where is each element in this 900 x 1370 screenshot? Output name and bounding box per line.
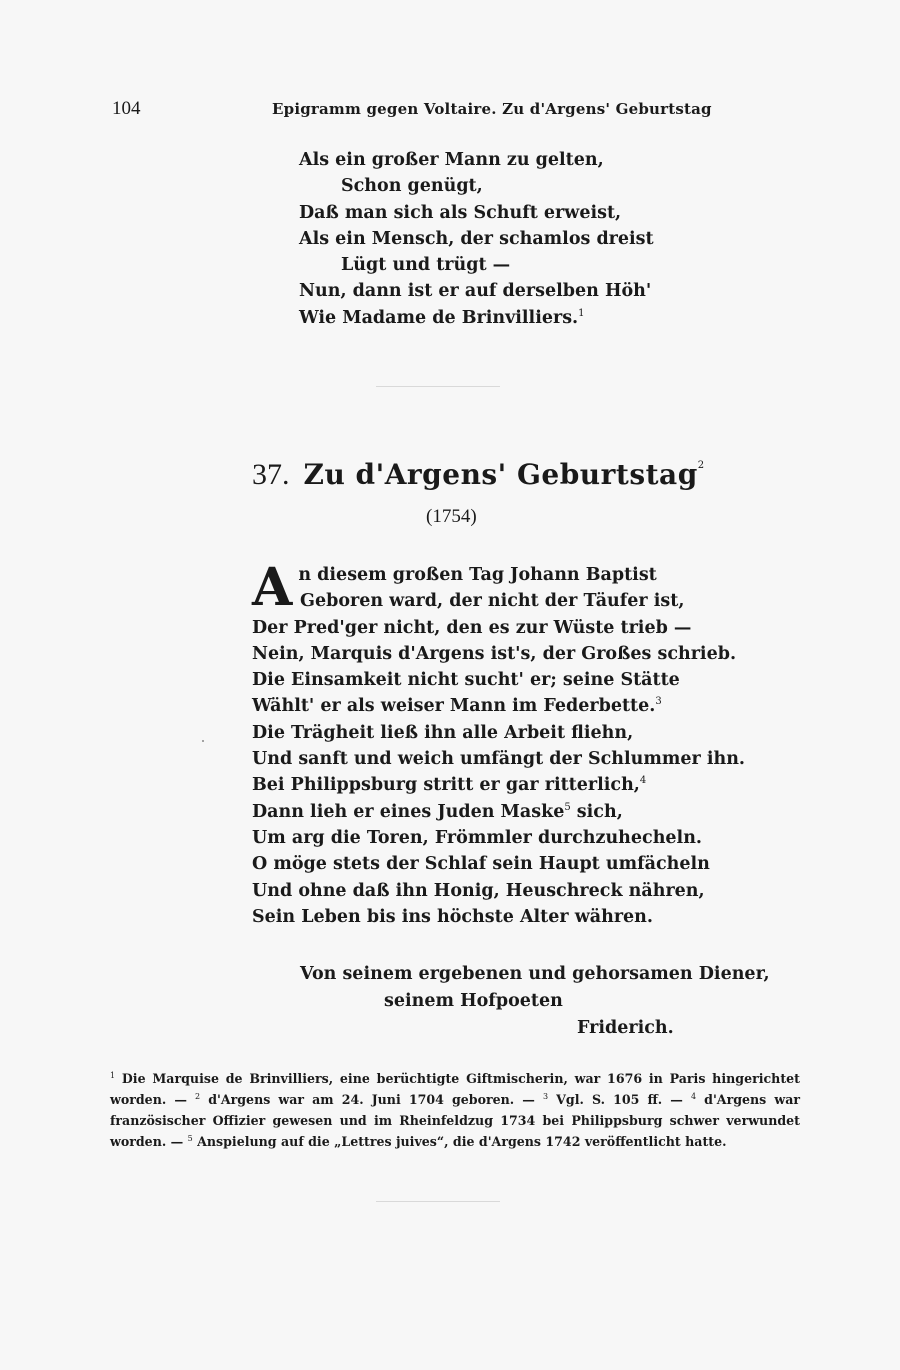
verse-text: Lügt und trügt — bbox=[341, 255, 510, 275]
footnote-marker[interactable]: 4 bbox=[640, 775, 646, 786]
verse-text: Nein, Marquis d'Argens ist's, der Großes… bbox=[252, 644, 736, 664]
footnotes: 1 Die Marquise de Brinvilliers, eine ber… bbox=[110, 1068, 800, 1152]
footnote-marker[interactable]: 1 bbox=[578, 308, 584, 319]
verse-text: Und sanft und weich umfängt der Schlumme… bbox=[252, 749, 745, 769]
birthday-poem: A n diesem großen Tag Johann Baptist Geb… bbox=[252, 562, 745, 930]
verse-text: Die Einsamkeit nicht sucht' er; seine St… bbox=[252, 670, 680, 690]
verse-text: O möge stets der Schlaf sein Haupt umfäc… bbox=[252, 854, 710, 874]
verse-text: Und ohne daß ihn Honig, Heuschreck nähre… bbox=[252, 881, 705, 901]
verse-line: Sein Leben bis ins höchste Alter währen. bbox=[252, 904, 745, 930]
verse-text: Um arg die Toren, Frömmler durchzuhechel… bbox=[252, 828, 702, 848]
verse-text: Schon genügt, bbox=[341, 176, 483, 196]
verse-line: Und sanft und weich umfängt der Schlumme… bbox=[252, 746, 745, 772]
verse-text: Wählt' er als weiser Mann im Federbette. bbox=[252, 696, 655, 716]
running-title: Epigramm gegen Voltaire. Zu d'Argens' Ge… bbox=[272, 100, 712, 118]
verse-line: Daß man sich als Schuft erweist, bbox=[299, 200, 654, 226]
verse-line: Die Trägheit ließ ihn alle Arbeit fliehn… bbox=[252, 720, 745, 746]
page-number: 104 bbox=[112, 98, 141, 120]
drop-cap: A bbox=[252, 564, 292, 614]
verse-line: O möge stets der Schlaf sein Haupt umfäc… bbox=[252, 851, 745, 877]
verse-line: Wählt' er als weiser Mann im Federbette.… bbox=[252, 693, 745, 719]
epigram-poem: Als ein großer Mann zu gelten, Schon gen… bbox=[299, 147, 654, 331]
verse-text: Daß man sich als Schuft erweist, bbox=[299, 203, 621, 223]
verse-text: Sein Leben bis ins höchste Alter währen. bbox=[252, 907, 653, 927]
verse-text: Wie Madame de Brinvilliers. bbox=[299, 308, 578, 328]
verse-text: Der Pred'ger nicht, den es zur Wüste tri… bbox=[252, 618, 691, 638]
verse-line: Als ein großer Mann zu gelten, bbox=[299, 147, 654, 173]
poem-number: 37. bbox=[252, 458, 290, 491]
footnote-text: d'Argens war am 24. Juni 1704 geboren. — bbox=[208, 1092, 543, 1107]
verse-text: Als ein großer Mann zu gelten, bbox=[299, 150, 604, 170]
footnote: 5 Anspielung auf die „Lettres juives“, d… bbox=[188, 1134, 727, 1149]
verse-line: Nun, dann ist er auf derselben Höh' bbox=[299, 278, 654, 304]
verse-text: Als ein Mensch, der schamlos dreist bbox=[299, 229, 654, 249]
running-head: 104 Epigramm gegen Voltaire. Zu d'Argens… bbox=[0, 98, 900, 126]
closing-title: seinem Hofpoeten bbox=[384, 991, 563, 1011]
footnote-number: 4 bbox=[691, 1092, 696, 1101]
section-divider bbox=[376, 386, 500, 387]
footnote-number: 1 bbox=[110, 1071, 115, 1080]
footnote-number: 3 bbox=[543, 1092, 548, 1101]
poem-title: 37.Zu d'Argens' Geburtstag2 bbox=[252, 458, 704, 492]
footnote-number: 5 bbox=[188, 1134, 193, 1143]
footnote-text: Anspielung auf die „Lettres juives“, die… bbox=[197, 1134, 726, 1149]
verse-text: n diesem großen Tag Johann Baptist bbox=[298, 565, 656, 585]
verse-text: Geboren ward, der nicht der Täufer ist, bbox=[300, 591, 684, 611]
verse-text: sich, bbox=[571, 802, 623, 822]
footnote: 2 d'Argens war am 24. Juni 1704 geboren.… bbox=[195, 1092, 543, 1107]
verse-line: Als ein Mensch, der schamlos dreist bbox=[299, 226, 654, 252]
verse-line: Um arg die Toren, Frömmler durchzuhechel… bbox=[252, 825, 745, 851]
poem-year: (1754) bbox=[426, 506, 477, 528]
print-speck bbox=[202, 740, 204, 742]
verse-text: Bei Philippsburg stritt er gar ritterlic… bbox=[252, 775, 640, 795]
verse-line: Geboren ward, der nicht der Täufer ist, bbox=[252, 588, 745, 614]
signature: Friderich. bbox=[577, 1018, 674, 1038]
verse-text: Dann lieh er eines Juden Maske bbox=[252, 802, 564, 822]
verse-line: Dann lieh er eines Juden Maske5 sich, bbox=[252, 799, 745, 825]
verse-line: Nein, Marquis d'Argens ist's, der Großes… bbox=[252, 641, 745, 667]
footnote-number: 2 bbox=[195, 1092, 200, 1101]
verse-text: Die Trägheit ließ ihn alle Arbeit fliehn… bbox=[252, 723, 633, 743]
closing-dedication: Von seinem ergebenen und gehorsamen Dien… bbox=[300, 964, 770, 984]
opening-stanza: A n diesem großen Tag Johann Baptist Geb… bbox=[252, 562, 745, 615]
footnote-text: Vgl. S. 105 ff. — bbox=[556, 1092, 691, 1107]
verse-line: Schon genügt, bbox=[299, 173, 654, 199]
verse-line: n diesem großen Tag Johann Baptist bbox=[252, 562, 745, 588]
verse-line: Die Einsamkeit nicht sucht' er; seine St… bbox=[252, 667, 745, 693]
section-divider bbox=[376, 1201, 500, 1202]
verse-line: Und ohne daß ihn Honig, Heuschreck nähre… bbox=[252, 878, 745, 904]
poem-title-text: Zu d'Argens' Geburtstag bbox=[304, 458, 698, 491]
footnote: 3 Vgl. S. 105 ff. — bbox=[543, 1092, 691, 1107]
verse-text: Nun, dann ist er auf derselben Höh' bbox=[299, 281, 651, 301]
verse-line: Wie Madame de Brinvilliers.1 bbox=[299, 305, 654, 331]
footnote-marker[interactable]: 3 bbox=[655, 696, 661, 707]
verse-line: Bei Philippsburg stritt er gar ritterlic… bbox=[252, 772, 745, 798]
footnote-marker[interactable]: 2 bbox=[698, 460, 704, 471]
verse-line: Lügt und trügt — bbox=[299, 252, 654, 278]
verse-line: Der Pred'ger nicht, den es zur Wüste tri… bbox=[252, 615, 745, 641]
